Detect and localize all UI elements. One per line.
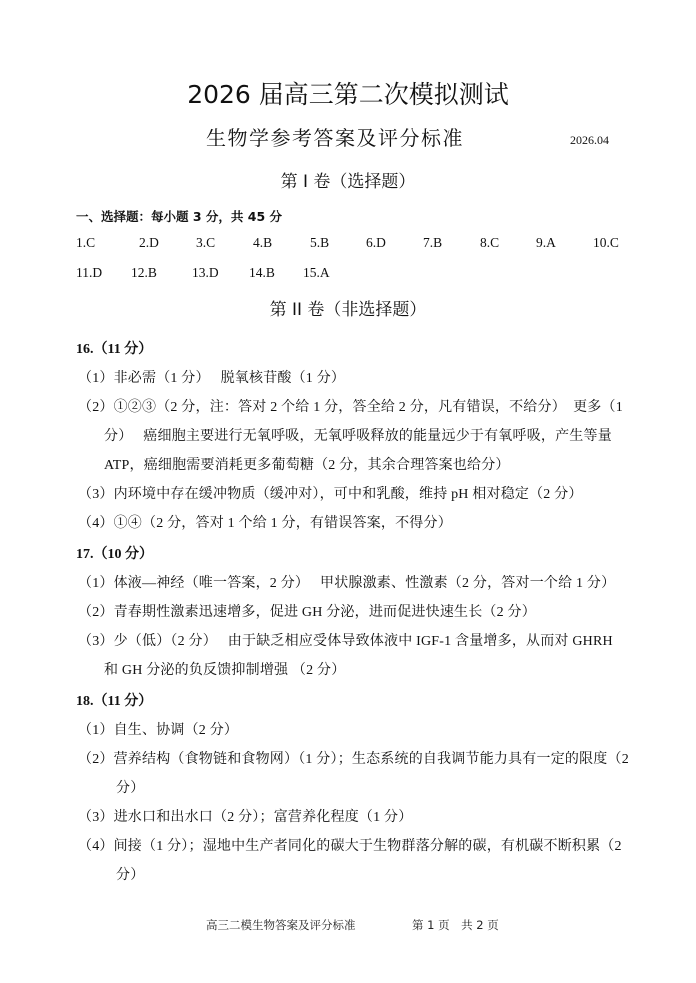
answer-line: 分） bbox=[116, 866, 144, 886]
exam-date: 2026.04 bbox=[570, 132, 609, 148]
mc-answer: 6.D bbox=[366, 234, 386, 252]
mc-section-heading: 一、选择题：每小题 3 分，共 45 分 bbox=[76, 208, 282, 226]
answer-line: 分） bbox=[116, 779, 144, 799]
part1-title: 第 I 卷（选择题） bbox=[0, 170, 696, 194]
mc-answer: 14.B bbox=[249, 264, 275, 282]
answer-line: （4）①④（2 分，答对 1 个给 1 分，有错误答案，不得分） bbox=[78, 514, 452, 534]
answer-key-subtitle: 生物学参考答案及评分标准 bbox=[206, 124, 464, 152]
mc-answer: 10.C bbox=[593, 234, 619, 252]
mc-answer: 3.C bbox=[196, 234, 215, 252]
mc-answer: 1.C bbox=[76, 234, 95, 252]
mc-answer: 11.D bbox=[76, 264, 102, 282]
question-17-heading: 17.（10 分） bbox=[76, 545, 153, 565]
answer-line: 分） 癌细胞主要进行无氧呼吸，无氧呼吸释放的能量远少于有氧呼吸，产生等量 bbox=[104, 427, 612, 447]
mc-answer: 5.B bbox=[310, 234, 329, 252]
answer-line: （3）进水口和出水口（2 分）；富营养化程度（1 分） bbox=[78, 808, 412, 828]
exam-title: 2026 届高三第二次模拟测试 bbox=[0, 78, 696, 112]
answer-line: （1）体液—神经（唯一答案，2 分） 甲状腺激素、性激素（2 分，答对一个给 1… bbox=[78, 574, 615, 594]
mc-answer: 9.A bbox=[536, 234, 556, 252]
answer-line: （2）①②③（2 分，注：答对 2 个给 1 分，答全给 2 分，凡有错误，不给… bbox=[78, 398, 623, 418]
answer-line: 和 GH 分泌的负反馈抑制增强 （2 分） bbox=[104, 661, 345, 681]
answer-line: （1）非必需（1 分） 脱氧核苷酸（1 分） bbox=[78, 369, 345, 389]
answer-line: （3）少（低）（2 分） 由于缺乏相应受体导致体液中 IGF-1 含量增多，从而… bbox=[78, 632, 613, 652]
answer-line: （2）营养结构（食物链和食物网）（1 分）；生态系统的自我调节能力具有一定的限度… bbox=[78, 750, 629, 770]
answer-line: ATP，癌细胞需要消耗更多葡萄糖（2 分，其余合理答案也给分） bbox=[104, 456, 510, 476]
footer-page-info: 第 1 页 共 2 页 bbox=[412, 917, 499, 933]
footer-doc-name: 高三二模生物答案及评分标准 bbox=[206, 917, 356, 933]
part2-title: 第 II 卷（非选择题） bbox=[0, 298, 696, 322]
mc-answer: 12.B bbox=[131, 264, 157, 282]
answer-line: （4）间接（1 分）；湿地中生产者同化的碳大于生物群落分解的碳，有机碳不断积累（… bbox=[78, 837, 622, 857]
question-16-heading: 16.（11 分） bbox=[76, 340, 152, 360]
mc-answer: 13.D bbox=[192, 264, 219, 282]
answer-line: （1）自生、协调（2 分） bbox=[78, 721, 238, 741]
answer-line: （3）内环境中存在缓冲物质（缓冲对），可中和乳酸，维持 pH 相对稳定（2 分） bbox=[78, 485, 583, 505]
mc-answer: 8.C bbox=[480, 234, 499, 252]
mc-answer: 4.B bbox=[253, 234, 272, 252]
mc-answer: 2.D bbox=[139, 234, 159, 252]
answer-line: （2）青春期性激素迅速增多，促进 GH 分泌，进而促进快速生长（2 分） bbox=[78, 603, 536, 623]
mc-answer: 7.B bbox=[423, 234, 442, 252]
mc-answer: 15.A bbox=[303, 264, 330, 282]
question-18-heading: 18.（11 分） bbox=[76, 692, 152, 712]
